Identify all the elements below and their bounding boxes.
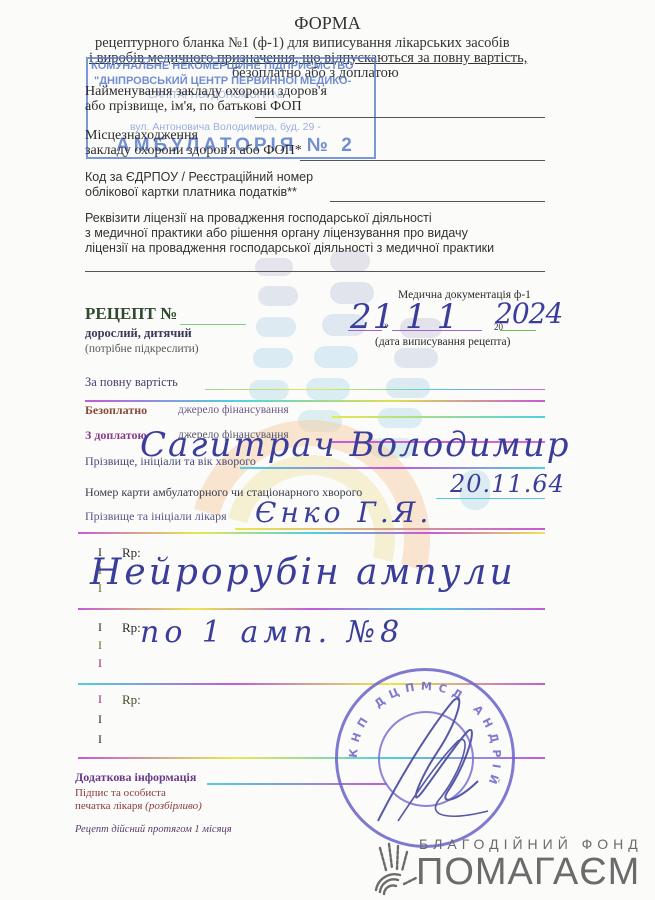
license-label-line-3: ліцензії на провадження господарської ді… <box>85 241 494 256</box>
license-label: Реквізити ліцензії на провадження господ… <box>85 211 494 256</box>
extra-info-label: Додаткова інформація <box>75 770 196 785</box>
prescription-title: РЕЦЕПТ № <box>85 304 177 324</box>
prescription-number-field[interactable] <box>180 324 246 325</box>
full-price-label: За повну вартість <box>85 375 178 390</box>
date-quote: » <box>384 320 389 331</box>
license-label-line-2: з медичної практики або рішення органу л… <box>85 226 494 241</box>
underline-hint: (потрібне підкреслити) <box>85 343 199 355</box>
date-year[interactable]: 2024 <box>495 297 562 330</box>
rx-item-2-marker-3: I <box>98 656 102 671</box>
charity-name: ПОМАГАЄМ <box>416 850 640 894</box>
card-number-field <box>436 498 545 499</box>
rx-item-1-value[interactable]: Нейрорубін ампули <box>90 552 516 593</box>
divider <box>78 532 545 534</box>
date-day[interactable]: 21 <box>350 297 395 337</box>
location-label-line-2: закладу охорони здоров'я або ФОП* <box>85 143 302 158</box>
free-source-label: джерело фінансування <box>178 404 289 416</box>
date-day-underline <box>348 330 382 331</box>
edrpou-field[interactable] <box>330 201 545 202</box>
rx-item-2-value[interactable]: по 1 амп. №8 <box>140 615 404 650</box>
date-year-underline <box>500 330 536 331</box>
institution-name-label-line-1: Найменування закладу охорони здоров'я <box>85 84 327 99</box>
institution-stamp-line-1: КОМУНАЛЬНЕ НЕКОМЕРЦІЙНЕ ПІДПРИЄМСТВО <box>91 60 354 72</box>
location-label: Місцезнаходження закладу охорони здоров'… <box>85 128 302 158</box>
edrpou-label-line-2: облікової картки платника податків** <box>85 185 313 200</box>
license-field[interactable] <box>85 271 545 272</box>
signature-label-line-2: печатка лікаря <box>75 800 142 812</box>
signature-label-line-2-wrap: печатка лікаря (розбірливо) <box>75 800 202 813</box>
date-month[interactable]: 11 <box>405 297 468 337</box>
doctor-value[interactable]: Єнко Г.Я. <box>255 496 432 529</box>
rx-item-2-label: Rp: <box>122 620 141 636</box>
copay-label: З доплатою <box>85 428 147 443</box>
patient-name-value[interactable]: Сагитрач Володимир <box>140 425 570 465</box>
date-caption: (дата виписування рецепта) <box>375 336 510 348</box>
patient-type: дорослий, дитячий <box>85 326 192 341</box>
rx-item-3-marker-2: I <box>98 712 102 727</box>
rx-item-2-marker: I <box>98 620 102 635</box>
divider <box>78 608 545 610</box>
patient-name-field <box>240 467 545 469</box>
full-price-field[interactable] <box>205 389 545 390</box>
rx-item-3-marker: I <box>98 692 102 707</box>
date-month-underline <box>392 330 482 331</box>
divider <box>85 400 545 402</box>
charity-logo: БЛАГОДІЙНИЙ ФОНД ПОМАГАЄМ <box>372 836 655 900</box>
doctor-round-stamp: КНП ДЦПМСД АНДРІЙ <box>335 668 515 848</box>
location-field[interactable] <box>300 160 545 161</box>
doctor-label: Прізвище та ініціали лікаря <box>85 509 227 524</box>
free-source-field[interactable] <box>332 416 545 418</box>
license-label-line-1: Реквізити ліцензії на провадження господ… <box>85 211 494 226</box>
card-number-value[interactable]: 20.11.64 <box>450 470 565 498</box>
institution-name-label-line-2: або прізвище, ім'я, по батькові ФОП <box>85 99 327 114</box>
doctor-field <box>235 528 545 530</box>
validity-note: Рецепт дійсний протягом 1 місяця <box>75 824 232 835</box>
signature-label-line-1: Підпис та особиста <box>75 787 202 800</box>
edrpou-label-line-1: Код за ЄДРПОУ / Реєстраційний номер <box>85 170 313 185</box>
edrpou-label: Код за ЄДРПОУ / Реєстраційний номер облі… <box>85 170 313 200</box>
form-title: ФОРМА <box>0 13 655 34</box>
signature-hint: (розбірливо) <box>145 800 202 812</box>
institution-name-field[interactable] <box>255 117 545 118</box>
doctor-signature-icon <box>338 671 512 845</box>
institution-name-label: Найменування закладу охорони здоров'я аб… <box>85 84 327 114</box>
rx-item-3-marker-3: I <box>98 732 102 747</box>
signature-label: Підпис та особиста печатка лікаря (розбі… <box>75 787 202 813</box>
location-label-line-1: Місцезнаходження <box>85 128 302 143</box>
rx-item-3-label: Rp: <box>122 692 141 708</box>
free-label: Безоплатно <box>85 403 147 418</box>
handprint-icon <box>372 840 418 898</box>
rx-item-2-marker-2: I <box>98 638 102 653</box>
